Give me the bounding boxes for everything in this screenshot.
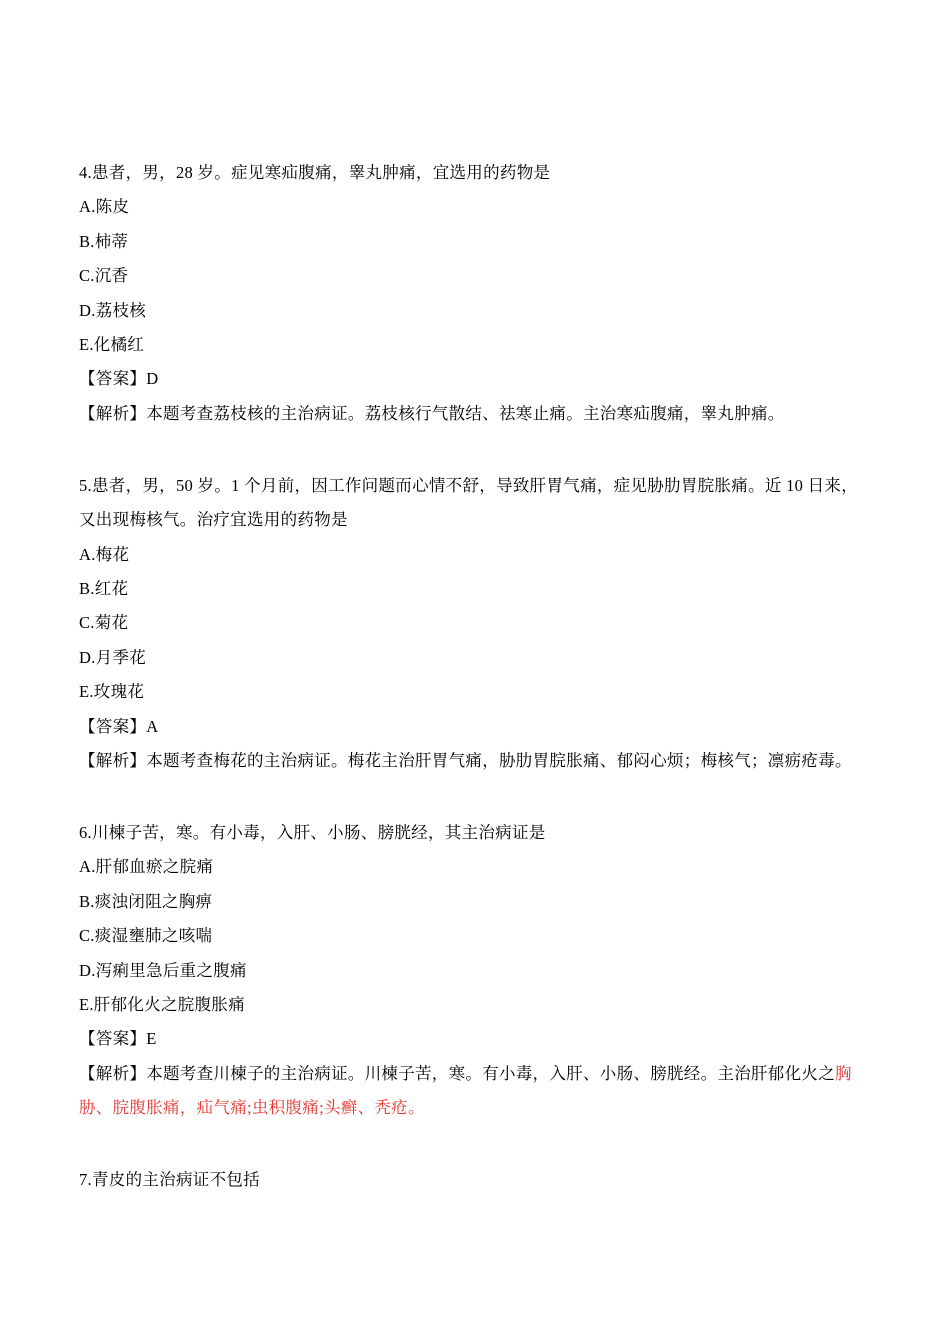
question-4-option-d: D.荔枝核 — [79, 294, 880, 328]
question-block-4: 4.患者，男，28 岁。症见寒疝腹痛，睾丸肿痛，宜选用的药物是 A.陈皮 B.柿… — [79, 156, 880, 431]
question-7-stem: 7.青皮的主治病证不包括 — [79, 1163, 880, 1197]
document-page: 4.患者，男，28 岁。症见寒疝腹痛，睾丸肿痛，宜选用的药物是 A.陈皮 B.柿… — [0, 0, 950, 1344]
question-4-option-c: C.沉香 — [79, 259, 880, 293]
question-6-option-e: E.肝郁化火之脘腹胀痛 — [79, 988, 880, 1022]
question-6-option-a: A.肝郁血瘀之脘痛 — [79, 850, 880, 884]
question-5-answer: 【答案】A — [79, 710, 880, 744]
question-5-option-c: C.菊花 — [79, 606, 880, 640]
question-6-analysis-line2-red: 胁、脘腹胀痛，疝气痛;虫积腹痛;头癣、秃疮。 — [79, 1091, 880, 1125]
question-4-answer: 【答案】D — [79, 362, 880, 396]
question-6-option-c: C.痰湿壅肺之咳喘 — [79, 919, 880, 953]
question-6-stem: 6.川楝子苦，寒。有小毒，入肝、小肠、膀胱经，其主治病证是 — [79, 816, 880, 850]
question-block-7: 7.青皮的主治病证不包括 — [79, 1163, 880, 1197]
question-5-option-b: B.红花 — [79, 572, 880, 606]
question-block-5: 5.患者，男，50 岁。1 个月前，因工作问题而心情不舒，导致肝胃气痛，症见胁肋… — [79, 469, 880, 779]
question-6-option-d: D.泻痢里急后重之腹痛 — [79, 954, 880, 988]
question-5-analysis: 【解析】本题考查梅花的主治病证。梅花主治肝胃气痛，胁肋胃脘胀痛、郁闷心烦；梅核气… — [79, 744, 880, 778]
question-4-option-e: E.化橘红 — [79, 328, 880, 362]
question-6-answer: 【答案】E — [79, 1022, 880, 1056]
question-6-option-b: B.痰浊闭阻之胸痹 — [79, 885, 880, 919]
question-4-option-a: A.陈皮 — [79, 190, 880, 224]
question-5-stem-line1: 5.患者，男，50 岁。1 个月前，因工作问题而心情不舒，导致肝胃气痛，症见胁肋… — [79, 469, 880, 503]
question-block-6: 6.川楝子苦，寒。有小毒，入肝、小肠、膀胱经，其主治病证是 A.肝郁血瘀之脘痛 … — [79, 816, 880, 1126]
question-6-analysis-red-text-start: 胸 — [835, 1064, 852, 1083]
question-6-analysis-black-text: 【解析】本题考查川楝子的主治病证。川楝子苦，寒。有小毒，入肝、小肠、膀胱经。主治… — [79, 1064, 835, 1083]
question-6-analysis-line1: 【解析】本题考查川楝子的主治病证。川楝子苦，寒。有小毒，入肝、小肠、膀胱经。主治… — [79, 1057, 880, 1091]
question-4-stem: 4.患者，男，28 岁。症见寒疝腹痛，睾丸肿痛，宜选用的药物是 — [79, 156, 880, 190]
question-4-option-b: B.柿蒂 — [79, 225, 880, 259]
question-5-option-a: A.梅花 — [79, 538, 880, 572]
question-5-stem-line2: 又出现梅核气。治疗宜选用的药物是 — [79, 503, 880, 537]
question-5-option-e: E.玫瑰花 — [79, 675, 880, 709]
question-5-option-d: D.月季花 — [79, 641, 880, 675]
question-4-analysis: 【解析】本题考查荔枝核的主治病证。荔枝核行气散结、祛寒止痛。主治寒疝腹痛，睾丸肿… — [79, 397, 880, 431]
